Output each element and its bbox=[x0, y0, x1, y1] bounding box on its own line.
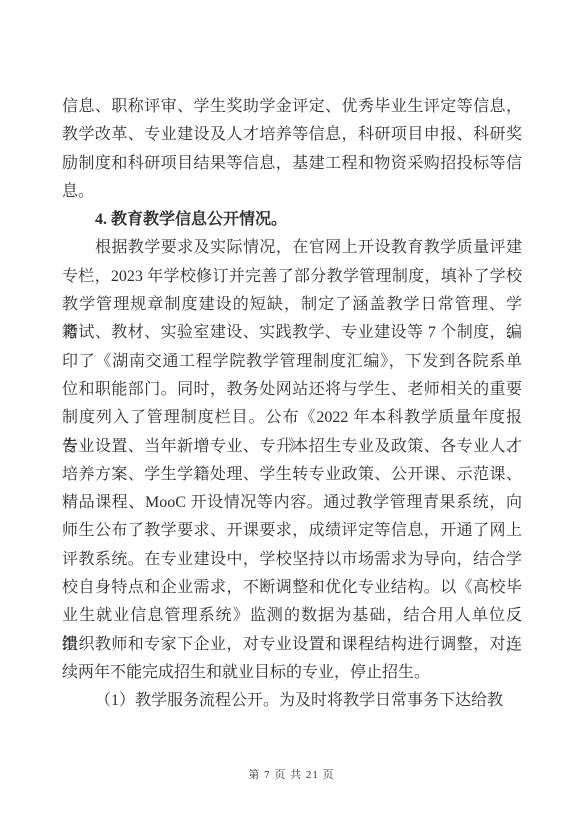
text-line: 息。 bbox=[62, 178, 522, 206]
text-line: 励制度和科研项目结果等信息，基建工程和物资采购招投标等信 bbox=[62, 150, 522, 178]
text-line: （1）教学服务流程公开。为及时将教学日常事务下达给教 bbox=[62, 687, 522, 715]
text-line: 根据教学要求及实际情况，在官网上开设教育教学质量评建 bbox=[62, 234, 522, 262]
text-line: 评教系统。在专业建设中，学校坚持以市场需求为导向，结合学 bbox=[62, 546, 522, 574]
text-line: 考试、教材、实验室建设、实践教学、专业建设等 7 个制度，编 bbox=[62, 319, 522, 347]
text-line: 师生公布了教学要求、开课要求，成绩评定等信息，开通了网上 bbox=[62, 517, 522, 545]
text-line: 组织教师和专家下企业，对专业设置和课程结构进行调整，对连 bbox=[62, 631, 522, 659]
text-line: 位和职能部门。同时，教务处网站还将与学生、老师相关的重要 bbox=[62, 376, 522, 404]
document-page: 信息、职称评审、学生奖助学金评定、优秀毕业生评定等信息， 教学改革、专业建设及人… bbox=[0, 0, 583, 828]
text-line: 印了《湖南交通工程学院教学管理制度汇编》，下发到各院系单 bbox=[62, 348, 522, 376]
text-line: 续两年不能完成招生和就业目标的专业，停止招生。 bbox=[62, 659, 522, 687]
text-line: 教学管理规章制度建设的短缺，制定了涵盖教学日常管理、学籍、 bbox=[62, 291, 522, 319]
text-line: 制度列入了管理制度栏目。公布《2022 年本科教学质量年度报告》、 bbox=[62, 404, 522, 432]
page-footer: 第 7 页 共 21 页 bbox=[0, 766, 583, 782]
text-line: 专栏，2023 年学校修订并完善了部分教学管理制度，填补了学校 bbox=[62, 263, 522, 291]
text-line: 培养方案、学生学籍处理、学生转专业政策、公开课、示范课、 bbox=[62, 461, 522, 489]
text-line: 精品课程、MooC 开设情况等内容。通过教学管理青果系统，向 bbox=[62, 489, 522, 517]
body-text: 信息、职称评审、学生奖助学金评定、优秀毕业生评定等信息， 教学改革、专业建设及人… bbox=[62, 93, 522, 716]
text-line: 业生就业信息管理系统》监测的数据为基础，结合用人单位反馈， bbox=[62, 602, 522, 630]
text-line: 专业设置、当年新增专业、专升本招生专业及政策、各专业人才 bbox=[62, 433, 522, 461]
section-heading: 4. 教育教学信息公开情况。 bbox=[62, 206, 522, 234]
text-line: 信息、职称评审、学生奖助学金评定、优秀毕业生评定等信息， bbox=[62, 93, 522, 121]
text-line: 教学改革、专业建设及人才培养等信息，科研项目申报、科研奖 bbox=[62, 121, 522, 149]
text-line: 校自身特点和企业需求，不断调整和优化专业结构。以《高校毕 bbox=[62, 574, 522, 602]
